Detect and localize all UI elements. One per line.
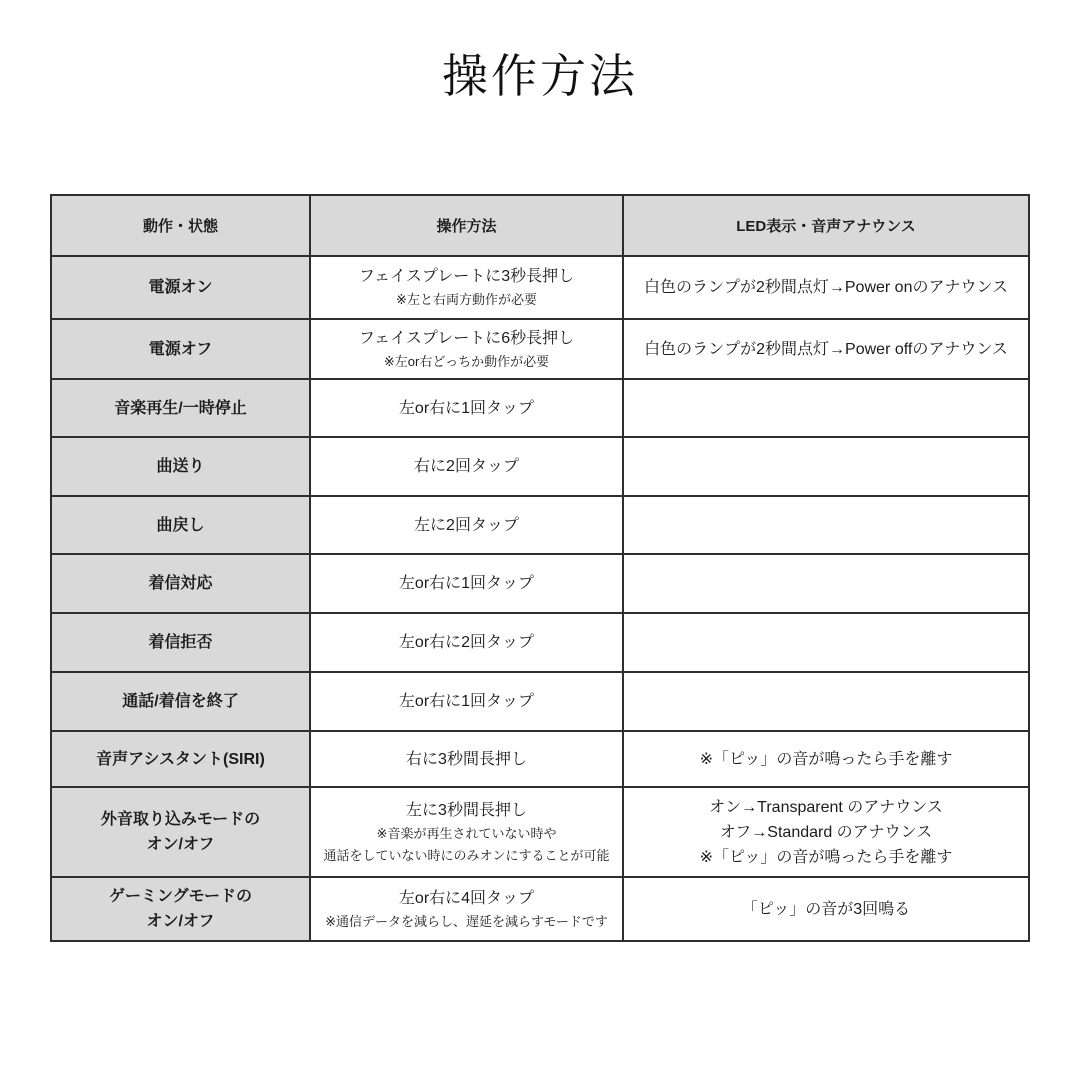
cell-operation-method: 左or右に2回タップ (310, 613, 623, 672)
table-row: 外音取り込みモードのオン/オフ左に3秒間長押し※音楽が再生されていない時や通話を… (51, 787, 1029, 877)
cell-operation-method: 左or右に4回タップ※通信データを減らし、遅延を減らすモードです (310, 877, 623, 941)
cell-led-voice: ※「ピッ」の音が鳴ったら手を離す (623, 731, 1029, 787)
cell-line: フェイスプレートに3秒長押し (319, 264, 614, 289)
cell-line: 左or右に4回タップ (319, 886, 614, 911)
cell-line: ※通信データを減らし、遅延を減らすモードです (319, 911, 614, 933)
table-row: 着信拒否左or右に2回タップ (51, 613, 1029, 672)
cell-line: ゲーミングモードの (60, 884, 301, 909)
cell-line: 左or右に2回タップ (319, 630, 614, 655)
table-row: 通話/着信を終了左or右に1回タップ (51, 672, 1029, 731)
cell-action-state: 電源オン (51, 256, 310, 319)
cell-line: オン→Transparent のアナウンス (632, 795, 1020, 820)
cell-line: 白色のランプが2秒間点灯→Power offのアナウンス (632, 337, 1020, 362)
cell-line: 曲送り (60, 454, 301, 479)
cell-line: 左に3秒間長押し (319, 798, 614, 823)
cell-led-voice: 白色のランプが2秒間点灯→Power onのアナウンス (623, 256, 1029, 319)
cell-action-state: 着信対応 (51, 554, 310, 613)
cell-line: 白色のランプが2秒間点灯→Power onのアナウンス (632, 275, 1020, 300)
cell-operation-method: 左に2回タップ (310, 496, 623, 554)
cell-line: ※「ピッ」の音が鳴ったら手を離す (632, 747, 1020, 772)
cell-line: 外音取り込みモードの (60, 807, 301, 832)
cell-action-state: 音声アシスタント(SIRI) (51, 731, 310, 787)
cell-line: オン/オフ (60, 909, 301, 934)
cell-led-voice: 白色のランプが2秒間点灯→Power offのアナウンス (623, 319, 1029, 379)
table-row: 音楽再生/一時停止左or右に1回タップ (51, 379, 1029, 437)
header-operation-method: 操作方法 (310, 195, 623, 256)
table-header-row: 動作・状態 操作方法 LED表示・音声アナウンス (51, 195, 1029, 256)
cell-line: 右に2回タップ (319, 454, 614, 479)
table-row: 音声アシスタント(SIRI)右に3秒間長押し※「ピッ」の音が鳴ったら手を離す (51, 731, 1029, 787)
cell-line: 右に3秒間長押し (319, 747, 614, 772)
cell-led-voice: オン→Transparent のアナウンスオフ→Standard のアナウンス※… (623, 787, 1029, 877)
page-title: 操作方法 (0, 0, 1080, 106)
cell-led-voice (623, 437, 1029, 496)
cell-line: オン/オフ (60, 832, 301, 857)
operation-table: 動作・状態 操作方法 LED表示・音声アナウンス 電源オンフェイスプレートに3秒… (50, 194, 1030, 942)
cell-action-state: 通話/着信を終了 (51, 672, 310, 731)
table-row: 曲送り右に2回タップ (51, 437, 1029, 496)
cell-line: 曲戻し (60, 513, 301, 538)
table-row: ゲーミングモードのオン/オフ左or右に4回タップ※通信データを減らし、遅延を減ら… (51, 877, 1029, 941)
cell-operation-method: フェイスプレートに3秒長押し※左と右両方動作が必要 (310, 256, 623, 319)
cell-line: 通話/着信を終了 (60, 689, 301, 714)
cell-action-state: 着信拒否 (51, 613, 310, 672)
cell-operation-method: 右に2回タップ (310, 437, 623, 496)
cell-operation-method: 左に3秒間長押し※音楽が再生されていない時や通話をしていない時にのみオンにするこ… (310, 787, 623, 877)
page: 操作方法 動作・状態 操作方法 LED表示・音声アナウンス 電源オンフェイスプレ… (0, 0, 1080, 1080)
table-row: 電源オフフェイスプレートに6秒長押し※左or右どっちか動作が必要白色のランプが2… (51, 319, 1029, 379)
cell-action-state: 音楽再生/一時停止 (51, 379, 310, 437)
cell-operation-method: 左or右に1回タップ (310, 554, 623, 613)
cell-line: 「ピッ」の音が3回鳴る (632, 897, 1020, 922)
cell-line: 左or右に1回タップ (319, 689, 614, 714)
table-row: 着信対応左or右に1回タップ (51, 554, 1029, 613)
cell-line: 通話をしていない時にのみオンにすることが可能 (319, 845, 614, 867)
header-led-voice: LED表示・音声アナウンス (623, 195, 1029, 256)
cell-led-voice (623, 496, 1029, 554)
cell-line: 着信対応 (60, 571, 301, 596)
table-row: 電源オンフェイスプレートに3秒長押し※左と右両方動作が必要白色のランプが2秒間点… (51, 256, 1029, 319)
cell-action-state: 曲送り (51, 437, 310, 496)
cell-action-state: 電源オフ (51, 319, 310, 379)
cell-line: ※音楽が再生されていない時や (319, 823, 614, 845)
cell-line: ※左と右両方動作が必要 (319, 289, 614, 311)
cell-led-voice (623, 379, 1029, 437)
cell-led-voice (623, 554, 1029, 613)
cell-operation-method: 右に3秒間長押し (310, 731, 623, 787)
table-row: 曲戻し左に2回タップ (51, 496, 1029, 554)
cell-line: 着信拒否 (60, 630, 301, 655)
cell-operation-method: 左or右に1回タップ (310, 379, 623, 437)
cell-line: 左or右に1回タップ (319, 396, 614, 421)
cell-line: 音声アシスタント(SIRI) (60, 747, 301, 772)
cell-action-state: ゲーミングモードのオン/オフ (51, 877, 310, 941)
cell-action-state: 曲戻し (51, 496, 310, 554)
cell-led-voice: 「ピッ」の音が3回鳴る (623, 877, 1029, 941)
cell-line: ※左or右どっちか動作が必要 (319, 351, 614, 373)
table-body: 電源オンフェイスプレートに3秒長押し※左と右両方動作が必要白色のランプが2秒間点… (51, 256, 1029, 941)
cell-line: 音楽再生/一時停止 (60, 396, 301, 421)
cell-line: フェイスプレートに6秒長押し (319, 326, 614, 351)
cell-action-state: 外音取り込みモードのオン/オフ (51, 787, 310, 877)
cell-line: 左or右に1回タップ (319, 571, 614, 596)
cell-led-voice (623, 672, 1029, 731)
cell-line: オフ→Standard のアナウンス (632, 820, 1020, 845)
cell-operation-method: フェイスプレートに6秒長押し※左or右どっちか動作が必要 (310, 319, 623, 379)
cell-line: 電源オフ (60, 337, 301, 362)
cell-led-voice (623, 613, 1029, 672)
cell-line: 左に2回タップ (319, 513, 614, 538)
cell-operation-method: 左or右に1回タップ (310, 672, 623, 731)
header-action-state: 動作・状態 (51, 195, 310, 256)
cell-line: 電源オン (60, 275, 301, 300)
table-header: 動作・状態 操作方法 LED表示・音声アナウンス (51, 195, 1029, 256)
cell-line: ※「ピッ」の音が鳴ったら手を離す (632, 845, 1020, 870)
